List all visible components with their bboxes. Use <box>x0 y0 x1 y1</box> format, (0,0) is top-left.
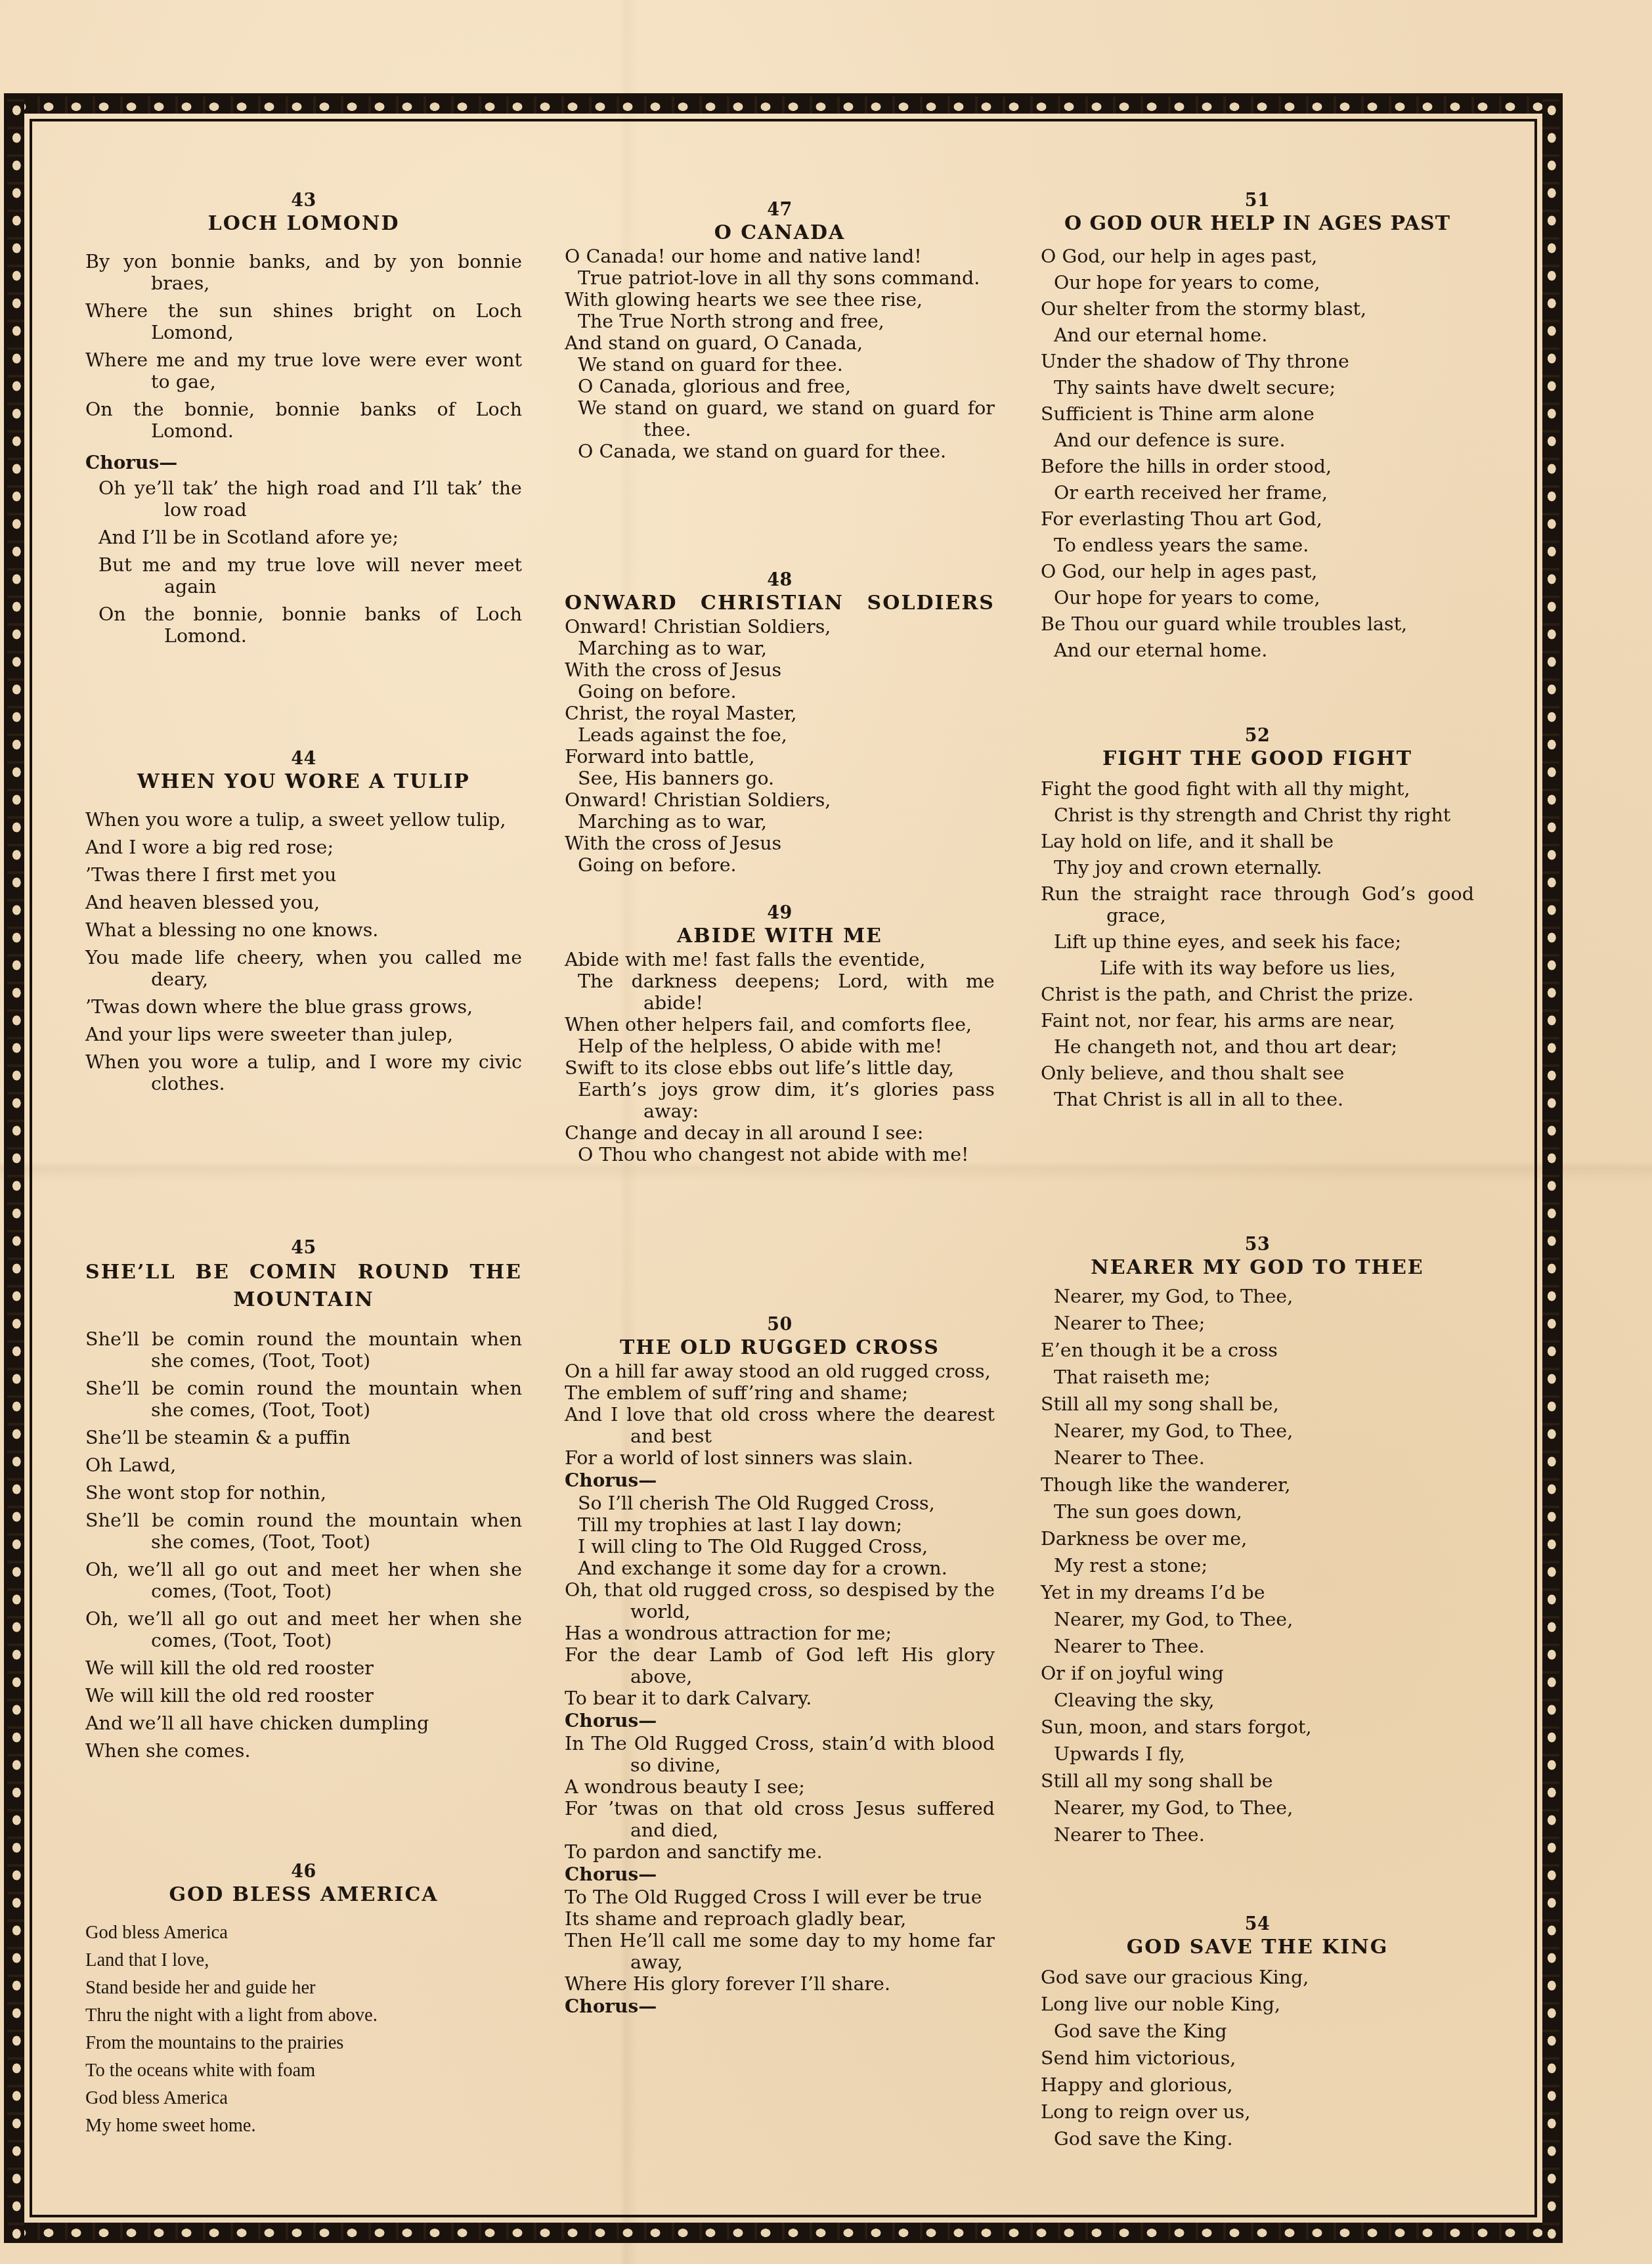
lyric-line: Nearer to Thee; <box>1041 1310 1474 1337</box>
song-45-shell-be-comin-round-the-mountain: 45 SHE’LL BE COMIN ROUND THE MOUNTAIN Sh… <box>85 1238 522 1768</box>
lyric-line: And our eternal home. <box>1041 640 1474 661</box>
song-title: GOD BLESS AMERICA <box>85 1883 522 1907</box>
lyric-line: What a blessing no one knows. <box>85 919 522 941</box>
lyric-line: Christ is thy strength and Christ thy ri… <box>1041 804 1474 826</box>
lyric-line: And our eternal home. <box>1041 324 1474 346</box>
lyric-line: To the oceans white with foam <box>85 2060 522 2081</box>
lyric-line: Nearer, my God, to Thee, <box>1041 1418 1474 1445</box>
lyric-line: That raiseth me; <box>1041 1364 1474 1391</box>
lyric-line: Then He’ll call me some day to my home f… <box>565 1930 995 1973</box>
lyric-line: Long to reign over us, <box>1041 2099 1474 2125</box>
lyric-line: Thy saints have dwelt secure; <box>1041 377 1474 399</box>
lyric-line: Oh, that old rugged cross, so despised b… <box>565 1579 995 1622</box>
lyric-line: God save the King <box>1041 2018 1474 2045</box>
lyric-line: Thru the night with a light from above. <box>85 2005 522 2026</box>
lyric-line: Help of the helpless, O abide with me! <box>565 1035 995 1057</box>
lyric-line: Under the shadow of Thy throne <box>1041 351 1474 372</box>
song-number: 46 <box>85 1861 522 1883</box>
song-number: 47 <box>565 200 995 221</box>
lyric-line: Marching as to war, <box>565 811 995 833</box>
lyric-line: She’ll be comin round the mountain when … <box>85 1328 522 1372</box>
song-title: O GOD OUR HELP IN AGES PAST <box>1041 211 1474 236</box>
lyric-line: Before the hills in order stood, <box>1041 456 1474 477</box>
lyric-line: Send him victorious, <box>1041 2045 1474 2072</box>
lyric-line: On the bonnie, bonnie banks of Loch Lomo… <box>85 603 522 647</box>
lyric-line: Darkness be over me, <box>1041 1525 1474 1552</box>
lyric-line: So I’ll cherish The Old Rugged Cross, <box>565 1492 995 1514</box>
lyric-line: Oh, we’ll all go out and meet her when s… <box>85 1608 522 1651</box>
ornamental-border-right <box>1542 97 1559 2240</box>
song-number: 44 <box>85 749 522 770</box>
lyric-line: He changeth not, and thou art dear; <box>1041 1036 1474 1058</box>
lyric-line: Still all my song shall be <box>1041 1768 1474 1795</box>
lyric-line: ’Twas down where the blue grass grows, <box>85 996 522 1018</box>
verse: O Canada! our home and native land!True … <box>565 246 995 462</box>
lyric-line: Nearer, my God, to Thee, <box>1041 1606 1474 1633</box>
lyric-line: We stand on guard for thee. <box>565 354 995 376</box>
verse-4: To The Old Rugged Cross I will ever be t… <box>565 1886 995 1995</box>
lyric-line: Nearer to Thee. <box>1041 1445 1474 1471</box>
lyric-line: Onward! Christian Soldiers, <box>565 616 995 638</box>
verse: Onward! Christian Soldiers,Marching as t… <box>565 616 995 876</box>
song-title: LOCH LOMOND <box>85 211 522 236</box>
verse: O God, our help in ages past,Our hope fo… <box>1041 246 1474 661</box>
song-number: 43 <box>85 190 522 211</box>
song-51-o-god-our-help-in-ages-past: 51 O GOD OUR HELP IN AGES PAST O God, ou… <box>1041 190 1474 666</box>
lyric-line: To endless years the same. <box>1041 534 1474 556</box>
lyric-line: O Canada, glorious and free, <box>565 376 995 397</box>
lyric-line: But me and my true love will never meet … <box>85 554 522 598</box>
verse: She’ll be comin round the mountain when … <box>85 1328 522 1762</box>
lyric-line: Life with its way before us lies, <box>1041 957 1474 979</box>
lyric-line: Only believe, and thou shalt see <box>1041 1062 1474 1084</box>
lyric-line: The emblem of suff’ring and shame; <box>565 1382 995 1404</box>
lyric-line: Lay hold on life, and it shall be <box>1041 831 1474 852</box>
lyric-line: God bless America <box>85 1922 522 1944</box>
song-title: WHEN YOU WORE A TULIP <box>85 770 522 795</box>
song-number: 45 <box>85 1238 522 1259</box>
lyric-line: Where His glory forever I’ll share. <box>565 1973 995 1995</box>
lyric-line: O Canada! our home and native land! <box>565 246 995 267</box>
lyric-line: When you wore a tulip, and I wore my civ… <box>85 1051 522 1095</box>
song-number: 48 <box>565 570 995 591</box>
lyric-line: She wont stop for nothin, <box>85 1482 522 1504</box>
lyric-line: Upwards I fly, <box>1041 1741 1474 1768</box>
lyric-line: On a hill far away stood an old rugged c… <box>565 1361 995 1382</box>
lyric-line: The sun goes down, <box>1041 1498 1474 1525</box>
lyric-line: Abide with me! fast falls the eventide, <box>565 949 995 970</box>
lyric-line: When other helpers fail, and comforts fl… <box>565 1014 995 1035</box>
lyric-line: For everlasting Thou art God, <box>1041 508 1474 530</box>
song-title: FIGHT THE GOOD FIGHT <box>1041 747 1474 772</box>
song-title: SHE’LL BE COMIN ROUND THE MOUNTAIN <box>85 1259 522 1314</box>
lyric-line: To The Old Rugged Cross I will ever be t… <box>565 1886 995 1908</box>
lyric-line: Faint not, nor fear, his arms are near, <box>1041 1010 1474 1032</box>
lyric-line: Onward! Christian Soldiers, <box>565 789 995 811</box>
lyric-line: Happy and glorious, <box>1041 2072 1474 2099</box>
lyric-line: With the cross of Jesus <box>565 659 995 681</box>
lyric-line: Nearer, my God, to Thee, <box>1041 1795 1474 1821</box>
verse-3: In The Old Rugged Cross, stain’d with bl… <box>565 1733 995 1863</box>
lyric-line: To pardon and sanctify me. <box>565 1841 995 1863</box>
lyric-line: Nearer to Thee. <box>1041 1633 1474 1660</box>
lyric-line: Be Thou our guard while troubles last, <box>1041 613 1474 635</box>
lyric-line: Sufficient is Thine arm alone <box>1041 403 1474 425</box>
song-title: NEARER MY GOD TO THEE <box>1041 1255 1474 1280</box>
verse: Abide with me! fast falls the eventide,T… <box>565 949 995 1165</box>
lyric-line: Lift up thine eyes, and seek his face; <box>1041 931 1474 953</box>
lyric-line: Nearer, my God, to Thee, <box>1041 1283 1474 1310</box>
verse: When you wore a tulip, a sweet yellow tu… <box>85 809 522 1095</box>
lyric-line: Forward into battle, <box>565 746 995 768</box>
lyric-line: With the cross of Jesus <box>565 833 995 854</box>
song-49-abide-with-me: 49 ABIDE WITH ME Abide with me! fast fal… <box>565 903 995 1165</box>
lyric-line: We will kill the old red rooster <box>85 1657 522 1679</box>
verse: Fight the good fight with all thy might,… <box>1041 778 1474 1110</box>
song-50-the-old-rugged-cross: 50 THE OLD RUGGED CROSS On a hill far aw… <box>565 1315 995 2018</box>
lyric-line: Long live our noble King, <box>1041 1991 1474 2018</box>
lyric-line: You made life cheery, when you called me… <box>85 947 522 990</box>
chorus-label: Chorus— <box>85 451 522 475</box>
chorus: Oh ye’ll tak’ the high road and I’ll tak… <box>85 477 522 647</box>
lyric-line: The darkness deepens; Lord, with me abid… <box>565 970 995 1014</box>
lyric-line: Our shelter from the stormy blast, <box>1041 298 1474 320</box>
lyric-line: Where me and my true love were ever wont… <box>85 349 522 393</box>
lyric-line: And your lips were sweeter than julep, <box>85 1024 522 1045</box>
lyric-line: Though like the wanderer, <box>1041 1471 1474 1498</box>
lyric-line: Cleaving the sky, <box>1041 1687 1474 1714</box>
lyric-line: Stand beside her and guide her <box>85 1977 522 1999</box>
ornamental-border-left <box>7 97 24 2240</box>
lyric-line: O Canada, we stand on guard for thee. <box>565 441 995 462</box>
lyric-line: By yon bonnie banks, and by yon bonnie b… <box>85 251 522 294</box>
lyric-line: Change and decay in all around I see: <box>565 1122 995 1144</box>
song-number: 49 <box>565 903 995 924</box>
lyric-line: For a world of lost sinners was slain. <box>565 1447 995 1469</box>
song-number: 53 <box>1041 1234 1474 1255</box>
song-44-when-you-wore-a-tulip: 44 WHEN YOU WORE A TULIP When you wore a… <box>85 749 522 1100</box>
lyric-line: Where the sun shines bright on Loch Lomo… <box>85 300 522 343</box>
lyric-line: Its shame and reproach gladly bear, <box>565 1908 995 1930</box>
lyric-line: Going on before. <box>565 681 995 703</box>
lyric-line: I will cling to The Old Rugged Cross, <box>565 1536 995 1557</box>
lyric-line: Sun, moon, and stars forgot, <box>1041 1714 1474 1741</box>
chorus: So I’ll cherish The Old Rugged Cross,Til… <box>565 1492 995 1579</box>
song-54-god-save-the-king: 54 GOD SAVE THE KING God save our gracio… <box>1041 1914 1474 2152</box>
song-47-o-canada: 47 O CANADA O Canada! our home and nativ… <box>565 200 995 462</box>
verse: God bless AmericaLand that I love,Stand … <box>85 1922 522 2137</box>
lyric-line: God bless America <box>85 2087 522 2109</box>
lyric-line: Swift to its close ebbs out life’s littl… <box>565 1057 995 1079</box>
lyric-line: Yet in my dreams I’d be <box>1041 1579 1474 1606</box>
lyric-line: And I wore a big red rose; <box>85 837 522 858</box>
song-title: THE OLD RUGGED CROSS <box>565 1336 995 1361</box>
lyric-line: See, His banners go. <box>565 768 995 789</box>
lyric-line: O Thou who changest not abide with me! <box>565 1144 995 1165</box>
song-title: ABIDE WITH ME <box>565 924 995 949</box>
lyric-line: Christ, the royal Master, <box>565 703 995 724</box>
lyric-line: Land that I love, <box>85 1949 522 1971</box>
chorus-label: Chorus— <box>565 1709 995 1733</box>
lyric-line: On the bonnie, bonnie banks of Loch Lomo… <box>85 399 522 442</box>
lyric-line: Going on before. <box>565 854 995 876</box>
lyric-line: O God, our help in ages past, <box>1041 561 1474 582</box>
verse: By yon bonnie banks, and by yon bonnie b… <box>85 251 522 442</box>
lyric-line: Nearer to Thee. <box>1041 1821 1474 1848</box>
song-number: 54 <box>1041 1914 1474 1935</box>
lyric-line: Still all my song shall be, <box>1041 1391 1474 1418</box>
lyric-line: That Christ is all in all to thee. <box>1041 1089 1474 1110</box>
lyric-line: Earth’s joys grow dim, it’s glories pass… <box>565 1079 995 1122</box>
lyric-line: The True North strong and free, <box>565 311 995 332</box>
lyric-line: We will kill the old red rooster <box>85 1685 522 1707</box>
lyric-line: And I love that old cross where the dear… <box>565 1404 995 1447</box>
lyric-line: When she comes. <box>85 1740 522 1762</box>
lyric-line: True patriot-love in all thy sons comman… <box>565 267 995 289</box>
ornamental-border-bottom <box>7 2223 1559 2240</box>
lyric-line: Oh Lawd, <box>85 1454 522 1476</box>
lyric-line: O God, our help in ages past, <box>1041 246 1474 267</box>
lyric-line: In The Old Rugged Cross, stain’d with bl… <box>565 1733 995 1776</box>
song-title: O CANADA <box>565 221 995 246</box>
lyric-line: My home sweet home. <box>85 2115 522 2137</box>
lyric-line: Leads against the foe, <box>565 724 995 746</box>
song-46-god-bless-america: 46 GOD BLESS AMERICA God bless AmericaLa… <box>85 1861 522 2143</box>
lyric-line: Thy joy and crown eternally. <box>1041 857 1474 879</box>
lyric-line: Oh ye’ll tak’ the high road and I’ll tak… <box>85 477 522 521</box>
chorus-label: Chorus— <box>565 1469 995 1492</box>
lyric-line: Marching as to war, <box>565 638 995 659</box>
song-title: ONWARD CHRISTIAN SOLDIERS <box>565 591 995 616</box>
lyric-line: Fight the good fight with all thy might, <box>1041 778 1474 800</box>
song-number: 52 <box>1041 726 1474 747</box>
lyric-line: And exchange it some day for a crown. <box>565 1557 995 1579</box>
lyric-line: Has a wondrous attraction for me; <box>565 1622 995 1644</box>
lyric-line: Our hope for years to come, <box>1041 272 1474 294</box>
lyric-line: Till my trophies at last I lay down; <box>565 1514 995 1536</box>
lyric-line: She’ll be steamin & a puffin <box>85 1427 522 1448</box>
lyric-line: And stand on guard, O Canada, <box>565 332 995 354</box>
lyric-line: A wondrous beauty I see; <box>565 1776 995 1798</box>
lyric-line: And I’ll be in Scotland afore ye; <box>85 527 522 548</box>
lyric-line: We stand on guard, we stand on guard for… <box>565 397 995 441</box>
verse-2: Oh, that old rugged cross, so despised b… <box>565 1579 995 1709</box>
lyric-line: To bear it to dark Calvary. <box>565 1687 995 1709</box>
song-43-loch-lomond: 43 LOCH LOMOND By yon bonnie banks, and … <box>85 190 522 653</box>
lyric-line: And heaven blessed you, <box>85 892 522 913</box>
song-53-nearer-my-god-to-thee: 53 NEARER MY GOD TO THEE Nearer, my God,… <box>1041 1234 1474 1848</box>
song-48-onward-christian-soldiers: 48 ONWARD CHRISTIAN SOLDIERS Onward! Chr… <box>565 570 995 876</box>
lyric-line: God save the King. <box>1041 2125 1474 2152</box>
ornamental-border-top <box>7 97 1559 114</box>
lyric-line: For the dear Lamb of God left His glory … <box>565 1644 995 1687</box>
chorus-label: Chorus— <box>565 1863 995 1886</box>
lyric-line: Or earth received her frame, <box>1041 482 1474 504</box>
chorus-label: Chorus— <box>565 1995 995 2018</box>
lyric-line: ’Twas there I first met you <box>85 864 522 886</box>
lyric-line: Christ is the path, and Christ the prize… <box>1041 984 1474 1005</box>
lyric-line: When you wore a tulip, a sweet yellow tu… <box>85 809 522 831</box>
lyric-line: For ’twas on that old cross Jesus suffer… <box>565 1798 995 1841</box>
verse: Nearer, my God, to Thee,Nearer to Thee;E… <box>1041 1283 1474 1848</box>
lyric-line: She’ll be comin round the mountain when … <box>85 1510 522 1553</box>
lyric-line: Oh, we’ll all go out and meet her when s… <box>85 1559 522 1602</box>
lyric-line: She’ll be comin round the mountain when … <box>85 1378 522 1421</box>
verse: On a hill far away stood an old rugged c… <box>565 1361 995 1469</box>
lyric-line: With glowing hearts we see thee rise, <box>565 289 995 311</box>
lyric-line: Run the straight race through God’s good… <box>1041 883 1474 926</box>
lyric-line: Or if on joyful wing <box>1041 1660 1474 1687</box>
lyric-line: From the mountains to the prairies <box>85 2032 522 2054</box>
lyric-line: E’en though it be a cross <box>1041 1337 1474 1364</box>
song-number: 51 <box>1041 190 1474 211</box>
song-title: GOD SAVE THE KING <box>1041 1935 1474 1960</box>
lyric-line: Our hope for years to come, <box>1041 587 1474 609</box>
lyric-line: And we’ll all have chicken dumpling <box>85 1712 522 1734</box>
lyric-line: And our defence is sure. <box>1041 429 1474 451</box>
lyric-line: God save our gracious King, <box>1041 1964 1474 1991</box>
lyric-line: My rest a stone; <box>1041 1552 1474 1579</box>
song-number: 50 <box>565 1315 995 1336</box>
verse: God save our gracious King,Long live our… <box>1041 1964 1474 2152</box>
song-52-fight-the-good-fight: 52 FIGHT THE GOOD FIGHT Fight the good f… <box>1041 726 1474 1115</box>
